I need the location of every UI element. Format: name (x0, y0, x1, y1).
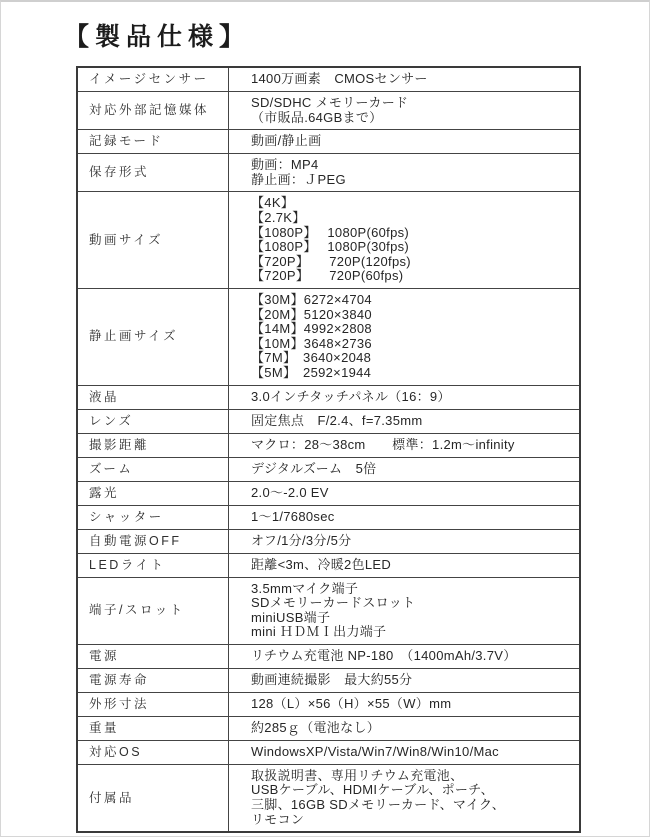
spec-value-line: リモコン (251, 813, 573, 828)
spec-value-line: 【20M】5120×3840 (251, 308, 573, 323)
spec-label-cell: 重量 (77, 716, 229, 740)
spec-value-line: リチウム充電池 NP-180 （1400mAh/3.7V） (251, 649, 573, 664)
spec-value-cell: マクロ：28〜38cm 標準：1.2m〜infinity (229, 433, 581, 457)
spec-value-cell: 取扱説明書、専用リチウム充電池、USBケーブル、HDMIケーブル、ポーチ、三脚、… (229, 764, 581, 832)
spec-value-cell: 固定焦点 F/2.4、f=7.35mm (229, 409, 581, 433)
spec-value-cell: オフ/1分/3分/5分 (229, 529, 581, 553)
spec-value-line: 動画連続撮影 最大約55分 (251, 673, 573, 688)
table-row: 動画サイズ 【4K】【2.7K】【1080P】 1080P(60fps)【108… (77, 192, 580, 289)
spec-value-cell: 1400万画素 CMOSセンサー (229, 67, 581, 92)
spec-value-line: 【10M】3648×2736 (251, 337, 573, 352)
spec-label-cell: ズーム (77, 457, 229, 481)
spec-label-cell: シャッター (77, 505, 229, 529)
spec-value-cell: SD/SDHC メモリーカード（市販品.64GBまで） (229, 92, 581, 130)
table-row: 露光 2.0〜-2.0 EV (77, 481, 580, 505)
spec-value-line: miniUSB端子 (251, 611, 573, 626)
spec-value-line: 【720P】 720P(120fps) (251, 255, 573, 270)
table-row: 静止画サイズ 【30M】6272×4704【20M】5120×3840【14M】… (77, 288, 580, 385)
spec-value-cell: 【4K】【2.7K】【1080P】 1080P(60fps)【1080P】 10… (229, 192, 581, 289)
table-row: 対応外部記憶媒体 SD/SDHC メモリーカード（市販品.64GBまで） (77, 92, 580, 130)
spec-label-cell: 保存形式 (77, 154, 229, 192)
spec-value-line: 取扱説明書、専用リチウム充電池、 (251, 769, 573, 784)
spec-table-body: イメージセンサー 1400万画素 CMOSセンサー 対応外部記憶媒体 SD/SD… (77, 67, 580, 832)
spec-value-cell: 動画：MP4静止画：ＪPEG (229, 154, 581, 192)
spec-value-line: USBケーブル、HDMIケーブル、ポーチ、 (251, 783, 573, 798)
spec-value-line: 【1080P】 1080P(30fps) (251, 240, 573, 255)
spec-value-line: 1400万画素 CMOSセンサー (251, 72, 573, 87)
spec-value-line: 距離<3m、冷暖2色LED (251, 558, 573, 573)
spec-value-line: SDメモリーカードスロット (251, 596, 573, 611)
spec-value-cell: 2.0〜-2.0 EV (229, 481, 581, 505)
spec-label-cell: イメージセンサー (77, 67, 229, 92)
table-row: 電源 リチウム充電池 NP-180 （1400mAh/3.7V） (77, 644, 580, 668)
spec-label-cell: 静止画サイズ (77, 288, 229, 385)
spec-value-cell: 3.5mmマイク端子SDメモリーカードスロットminiUSB端子mini ＨＤＭ… (229, 577, 581, 644)
spec-label-cell: 電源寿命 (77, 668, 229, 692)
table-row: 対応OS WindowsXP/Vista/Win7/Win8/Win10/Mac (77, 740, 580, 764)
table-row: イメージセンサー 1400万画素 CMOSセンサー (77, 67, 580, 92)
spec-value-line: 3.5mmマイク端子 (251, 582, 573, 597)
spec-value-cell: 動画/静止画 (229, 130, 581, 154)
spec-label-cell: 対応OS (77, 740, 229, 764)
spec-value-cell: リチウム充電池 NP-180 （1400mAh/3.7V） (229, 644, 581, 668)
spec-value-line: マクロ：28〜38cm 標準：1.2m〜infinity (251, 438, 573, 453)
spec-value-line: SD/SDHC メモリーカード (251, 96, 573, 111)
spec-value-line: 128（L）×56（H）×55（W）mm (251, 697, 573, 712)
spec-value-line: 【720P】 720P(60fps) (251, 269, 573, 284)
spec-sheet: 【製品仕様】 イメージセンサー 1400万画素 CMOSセンサー 対応外部記憶媒… (1, 17, 649, 833)
spec-value-line: 2.0〜-2.0 EV (251, 486, 573, 501)
spec-value-line: 静止画：ＪPEG (251, 173, 573, 188)
spec-label-cell: 対応外部記憶媒体 (77, 92, 229, 130)
spec-value-line: 【30M】6272×4704 (251, 293, 573, 308)
spec-value-line: 固定焦点 F/2.4、f=7.35mm (251, 414, 573, 429)
spec-label-cell: 自動電源OFF (77, 529, 229, 553)
spec-value-line: （市販品.64GBまで） (251, 111, 573, 126)
spec-value-line: mini ＨＤＭＩ出力端子 (251, 625, 573, 640)
table-row: 電源寿命 動画連続撮影 最大約55分 (77, 668, 580, 692)
spec-value-line: 【5M】 2592×1944 (251, 366, 573, 381)
page-title: 【製品仕様】 (64, 17, 649, 53)
spec-label-cell: 外形寸法 (77, 692, 229, 716)
spec-value-line: 【2.7K】 (251, 211, 573, 226)
table-row: 重量 約285ｇ（電池なし） (77, 716, 580, 740)
spec-value-line: オフ/1分/3分/5分 (251, 534, 573, 549)
spec-value-cell: 距離<3m、冷暖2色LED (229, 553, 581, 577)
table-row: 液晶 3.0インチタッチパネル（16：9） (77, 385, 580, 409)
spec-sheet-page: { "page": { "title": "【製品仕様】" }, "colors… (0, 0, 650, 837)
table-row: レンズ 固定焦点 F/2.4、f=7.35mm (77, 409, 580, 433)
spec-value-cell: 【30M】6272×4704【20M】5120×3840【14M】4992×28… (229, 288, 581, 385)
spec-value-cell: WindowsXP/Vista/Win7/Win8/Win10/Mac (229, 740, 581, 764)
spec-value-line: 動画/静止画 (251, 134, 573, 149)
table-row: 端子/スロット 3.5mmマイク端子SDメモリーカードスロットminiUSB端子… (77, 577, 580, 644)
table-row: 記録モード 動画/静止画 (77, 130, 580, 154)
table-row: 保存形式 動画：MP4静止画：ＪPEG (77, 154, 580, 192)
spec-table: イメージセンサー 1400万画素 CMOSセンサー 対応外部記憶媒体 SD/SD… (76, 66, 581, 833)
spec-value-cell: 動画連続撮影 最大約55分 (229, 668, 581, 692)
spec-value-line: デジタルズーム 5倍 (251, 462, 573, 477)
table-row: ズーム デジタルズーム 5倍 (77, 457, 580, 481)
spec-label-cell: レンズ (77, 409, 229, 433)
spec-value-line: 約285ｇ（電池なし） (251, 721, 573, 736)
spec-label-cell: 露光 (77, 481, 229, 505)
spec-value-cell: 1〜1/7680sec (229, 505, 581, 529)
table-row: LEDライト 距離<3m、冷暖2色LED (77, 553, 580, 577)
spec-value-line: 1〜1/7680sec (251, 510, 573, 525)
spec-value-line: 3.0インチタッチパネル（16：9） (251, 390, 573, 405)
spec-value-line: WindowsXP/Vista/Win7/Win8/Win10/Mac (251, 745, 573, 760)
spec-label-cell: 液晶 (77, 385, 229, 409)
table-row: 自動電源OFF オフ/1分/3分/5分 (77, 529, 580, 553)
spec-value-line: 【1080P】 1080P(60fps) (251, 226, 573, 241)
spec-value-cell: デジタルズーム 5倍 (229, 457, 581, 481)
spec-label-cell: 付属品 (77, 764, 229, 832)
spec-value-line: 三脚、16GB SDメモリーカード、マイク、 (251, 798, 573, 813)
table-row: シャッター 1〜1/7680sec (77, 505, 580, 529)
spec-value-cell: 128（L）×56（H）×55（W）mm (229, 692, 581, 716)
spec-value-cell: 3.0インチタッチパネル（16：9） (229, 385, 581, 409)
spec-label-cell: 動画サイズ (77, 192, 229, 289)
spec-label-cell: 記録モード (77, 130, 229, 154)
spec-value-line: 【4K】 (251, 196, 573, 211)
spec-label-cell: 電源 (77, 644, 229, 668)
spec-value-line: 【14M】4992×2808 (251, 322, 573, 337)
table-row: 付属品 取扱説明書、専用リチウム充電池、USBケーブル、HDMIケーブル、ポーチ… (77, 764, 580, 832)
spec-label-cell: 端子/スロット (77, 577, 229, 644)
spec-label-cell: 撮影距離 (77, 433, 229, 457)
table-row: 撮影距離 マクロ：28〜38cm 標準：1.2m〜infinity (77, 433, 580, 457)
spec-label-cell: LEDライト (77, 553, 229, 577)
spec-value-line: 動画：MP4 (251, 158, 573, 173)
spec-value-cell: 約285ｇ（電池なし） (229, 716, 581, 740)
table-row: 外形寸法 128（L）×56（H）×55（W）mm (77, 692, 580, 716)
spec-value-line: 【7M】 3640×2048 (251, 351, 573, 366)
